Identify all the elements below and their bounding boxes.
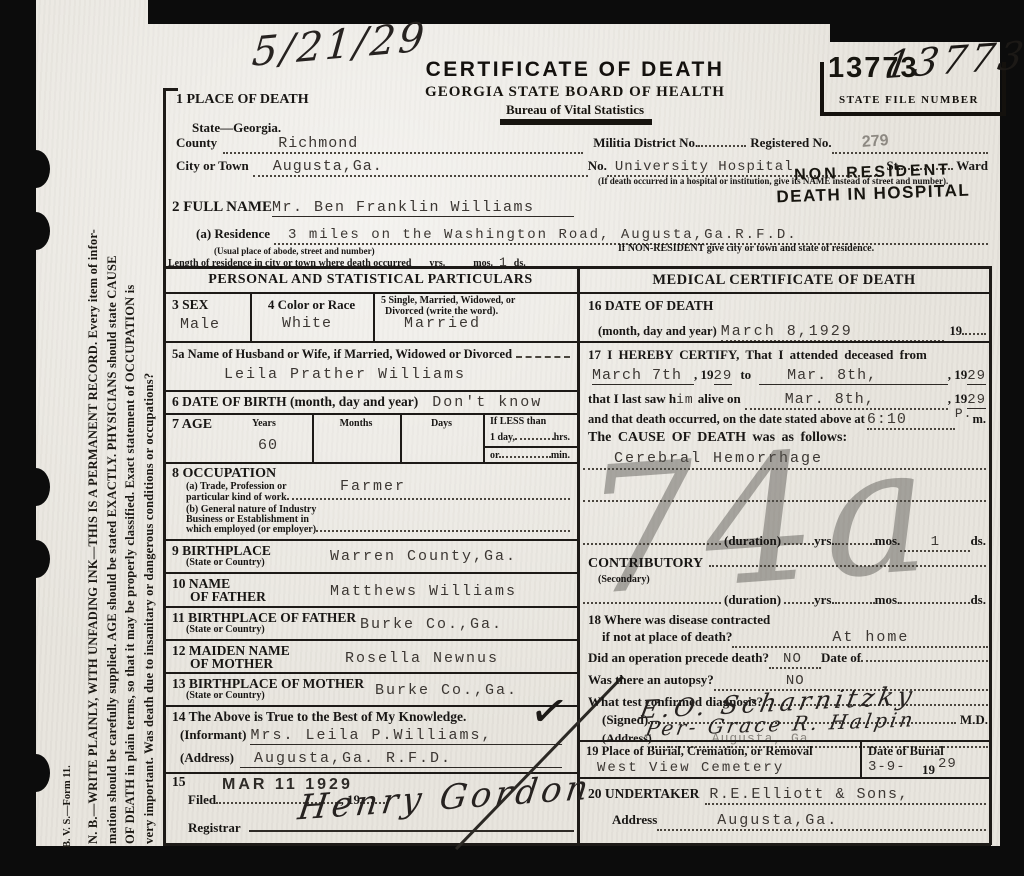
mdy-label: (month, day and year) xyxy=(598,324,717,339)
form-number-text: B. V. S.—Form 11. xyxy=(62,754,73,848)
burial-place-value: West View Cemetery xyxy=(597,760,784,776)
row-border xyxy=(163,705,578,707)
date-of-death-label: 16 DATE OF DEATH xyxy=(588,298,713,314)
dod-19-label: 19 xyxy=(950,324,963,339)
certify-text: 17 I HEREBY CERTIFY, That I attended dec… xyxy=(588,347,927,363)
from-year-value: 29 xyxy=(714,368,733,385)
residence-value: 3 miles on the Washington Road, Augusta,… xyxy=(274,227,798,243)
age-label: 7 AGE xyxy=(172,417,212,433)
duration1-ds-value: 1 xyxy=(931,534,940,550)
operation-value: NO xyxy=(769,651,802,667)
father-name-label2: OF FATHER xyxy=(190,589,266,605)
father-name-value: Matthews Williams xyxy=(330,583,517,600)
row-border xyxy=(578,777,990,779)
city-value: Augusta,Ga. xyxy=(253,158,383,175)
burial-place-label: 19 Place of Burial, Cremation, or Remova… xyxy=(586,744,813,759)
duration1-mos-blank xyxy=(835,537,875,545)
sex-label: 3 SEX xyxy=(172,297,208,313)
marital-value: Married xyxy=(404,315,481,332)
registered-no-value: 279 xyxy=(831,132,889,154)
spouse-label: 5a Name of Husband or Wife, if Married, … xyxy=(172,347,512,362)
row-border xyxy=(163,672,578,674)
binder-bump xyxy=(22,468,50,506)
last-saw-value: Mar. 8th, xyxy=(745,391,875,408)
operation-label: Did an operation precede death? xyxy=(588,650,769,666)
duration1-label: (duration) xyxy=(724,533,781,549)
registrar-label: Registrar xyxy=(188,820,241,836)
occupation-b-line xyxy=(316,524,570,532)
mother-birthplace-sub: (State or Country) xyxy=(186,690,265,701)
autopsy-label: Was there an autopsy? xyxy=(588,672,714,688)
duration1-mos: mos. xyxy=(875,533,901,549)
q18-value: At home xyxy=(732,629,909,646)
row-border xyxy=(578,341,990,343)
duration2-ds-blank xyxy=(900,596,970,604)
burial-date-year: 29 xyxy=(938,756,957,772)
margin-note-line1: N. B.—WRITE PLAINLY, WITH UNFADING INK—T… xyxy=(84,82,103,844)
nonresident-note: If NON-RESIDENT give city or town and st… xyxy=(618,243,874,254)
informant-heading: 14 The Above is True to the Best of My K… xyxy=(172,709,466,725)
duration1-ds: ds. xyxy=(970,533,986,549)
duration1-yrs: yrs. xyxy=(814,533,835,549)
binder-bump xyxy=(22,150,50,188)
county-label: County xyxy=(176,135,217,151)
margin-note: N. B.—WRITE PLAINLY, WITH UNFADING INK—T… xyxy=(84,82,162,844)
dod-year-blank xyxy=(962,327,986,335)
occupation-a-line xyxy=(287,492,570,500)
spouse-value: Leila Prather Williams xyxy=(224,366,466,383)
section1-bracket-tick xyxy=(163,88,178,91)
residence-label: (a) Residence xyxy=(196,226,270,242)
sex-value: Male xyxy=(180,316,220,333)
burial-date-value: 3-9- xyxy=(868,759,906,775)
birthplace-value: Warren County,Ga. xyxy=(330,548,517,565)
cell-inner-border xyxy=(483,446,578,448)
binder-bump xyxy=(22,754,50,792)
filed-label: Filed xyxy=(188,792,216,808)
date-of-death-value: March 8,1929 xyxy=(721,323,853,340)
duration1-blank xyxy=(583,537,721,545)
box-right-border xyxy=(989,266,992,845)
header-rule xyxy=(500,119,652,125)
from-19-label: , 19 xyxy=(694,367,714,383)
md-label: M.D. xyxy=(960,712,988,728)
spouse-dash-line xyxy=(516,350,570,358)
months-header: Months xyxy=(340,418,373,429)
date-of-label: Date of xyxy=(821,650,861,666)
to-year-value: 29 xyxy=(967,368,986,385)
row-border xyxy=(578,740,990,742)
no-label: No. xyxy=(588,158,607,174)
marital-label-1: 5 Single, Married, Widowed, or xyxy=(381,295,515,306)
last-saw-text2: alive on xyxy=(698,391,741,407)
occupation-value: Farmer xyxy=(340,478,406,495)
operation-date-blank xyxy=(861,654,988,662)
scan-left-edge xyxy=(0,0,36,876)
q18-label-line1: 18 Where was disease contracted xyxy=(588,612,770,628)
box-left-border xyxy=(163,266,166,845)
father-birthplace-sub: (State or Country) xyxy=(186,624,265,635)
hrs-blank xyxy=(515,432,554,440)
margin-note-line4: very important. Was death due to insanit… xyxy=(140,82,159,844)
dob-value: Don't know xyxy=(432,394,542,411)
attended-from-value: March 7th xyxy=(592,367,682,384)
file-number-label: STATE FILE NUMBER xyxy=(826,94,992,106)
duration2-yrs-blank xyxy=(784,596,814,604)
duration2-label: (duration) xyxy=(724,592,781,608)
row-border xyxy=(163,341,578,343)
registered-no-label: Registered No. xyxy=(750,135,831,151)
binder-bump xyxy=(22,540,50,578)
full-name-value: Mr. Ben Franklin Williams xyxy=(272,199,535,216)
duration1-yrs-blank xyxy=(784,537,814,545)
saw-19-label: , 19 xyxy=(948,391,968,407)
undertaker-address-label: Address xyxy=(612,812,657,828)
box-center-divider xyxy=(577,266,580,845)
min-label: min. xyxy=(551,450,570,461)
burial-date-19: 19 xyxy=(922,762,935,778)
militia-district-label: Militia District No. xyxy=(593,135,698,151)
full-name-label: 2 FULL NAME xyxy=(172,199,272,216)
race-value: White xyxy=(282,315,332,332)
occupation-a-label2: particular kind of work xyxy=(186,492,287,503)
form-number-note: B. V. S.—Form 11. xyxy=(62,754,80,848)
box-bottom-border xyxy=(163,843,991,846)
undertaker-label: 20 UNDERTAKER xyxy=(588,786,699,802)
duration2-mos: mos. xyxy=(875,592,901,608)
place-of-death-heading: 1 PLACE OF DEATH xyxy=(176,92,309,108)
duration2-mos-blank xyxy=(835,596,875,604)
informant-address-value: Augusta,Ga. R.F.D. xyxy=(240,750,452,767)
militia-district-blank xyxy=(698,139,746,147)
or-label: or xyxy=(490,450,499,461)
row-border xyxy=(163,606,578,608)
city-label: City or Town xyxy=(176,158,249,174)
contributory-blank xyxy=(709,559,986,567)
medical-certificate-heading: MEDICAL CERTIFICATE OF DEATH xyxy=(652,272,915,289)
dob-label: 6 DATE OF BIRTH (month, day and year) xyxy=(172,394,418,410)
informant-value: Mrs. Leila P.Williams, xyxy=(250,727,492,744)
cell-divider xyxy=(483,413,485,462)
county-value: Richmond xyxy=(223,135,358,152)
bureau-name: Bureau of Vital Statistics xyxy=(400,102,750,118)
one-day-label: 1 day, xyxy=(490,432,515,443)
row-border xyxy=(163,292,578,294)
personal-particulars-heading: PERSONAL AND STATISTICAL PARTICULARS xyxy=(208,272,532,288)
scan-bottom-edge xyxy=(30,846,1024,876)
duration2-yrs: yrs. xyxy=(814,592,835,608)
row-border xyxy=(163,639,578,641)
mother-name-value: Rosella Newnus xyxy=(345,650,499,667)
row-border xyxy=(163,390,578,392)
if-less-label: If LESS than xyxy=(490,416,546,427)
attended-to-value: Mar. 8th, xyxy=(759,367,877,384)
row15-number: 15 xyxy=(172,774,186,790)
row-border xyxy=(163,539,578,541)
hrs-label: hrs. xyxy=(554,432,570,443)
informant-address-label: (Address) xyxy=(180,750,234,766)
burial-date-label: Date of Burial xyxy=(868,744,944,759)
certificate-title: CERTIFICATE OF DEATH xyxy=(400,58,750,82)
age-years-value: 60 xyxy=(258,437,278,454)
father-birthplace-value: Burke Co.,Ga. xyxy=(360,616,503,633)
last-saw-inserted: im xyxy=(676,392,694,407)
org-name: GEORGIA STATE BOARD OF HEALTH xyxy=(400,84,750,101)
secondary-label: (Secondary) xyxy=(598,574,650,585)
years-header: Years xyxy=(252,418,276,429)
section1-bracket xyxy=(163,88,166,266)
burial-cell-divider xyxy=(860,740,862,777)
q18-label-line2: if not at place of death? xyxy=(602,629,732,645)
to-19-label: , 19 xyxy=(948,367,968,383)
duration2-blank xyxy=(583,596,721,604)
cell-divider xyxy=(373,292,375,341)
days-header: Days xyxy=(431,418,452,429)
row-border xyxy=(163,572,578,574)
to-label: to xyxy=(740,367,751,383)
scan-right-edge xyxy=(1000,0,1024,876)
m-label: m. xyxy=(972,412,986,427)
mother-name-label2: OF MOTHER xyxy=(190,656,273,672)
scanned-death-certificate: N. B.—WRITE PLAINLY, WITH UNFADING INK—T… xyxy=(0,0,1024,876)
binder-bump xyxy=(22,212,50,250)
undertaker-address-value: Augusta,Ga. xyxy=(657,812,838,829)
occupation-b-label3: which employed (or employer) xyxy=(186,524,316,535)
death-time-ampm: P. xyxy=(955,406,973,421)
undertaker-value: R.E.Elliott & Sons, xyxy=(705,786,909,803)
mother-birthplace-value: Burke Co.,Ga. xyxy=(375,682,518,699)
row-border xyxy=(163,413,578,415)
min-blank xyxy=(499,450,550,458)
contributory-label: CONTRIBUTORY xyxy=(588,556,703,572)
row-border xyxy=(578,292,990,294)
margin-note-line2: mation should be carefully supplied. AGE… xyxy=(103,82,122,844)
last-saw-text1: that I last saw h xyxy=(588,391,676,407)
margin-note-line3: OF DEATH in plain terms, so that it may … xyxy=(121,82,140,844)
birthplace-sub: (State or Country) xyxy=(186,557,265,568)
row-border xyxy=(163,462,578,464)
occupation-heading: 8 OCCUPATION xyxy=(172,466,276,482)
occupation-a-label1: (a) Trade, Profession or xyxy=(186,481,287,492)
duration2-ds: ds. xyxy=(970,592,986,608)
race-label: 4 Color or Race xyxy=(268,297,355,313)
informant-label: (Informant) xyxy=(180,727,246,743)
